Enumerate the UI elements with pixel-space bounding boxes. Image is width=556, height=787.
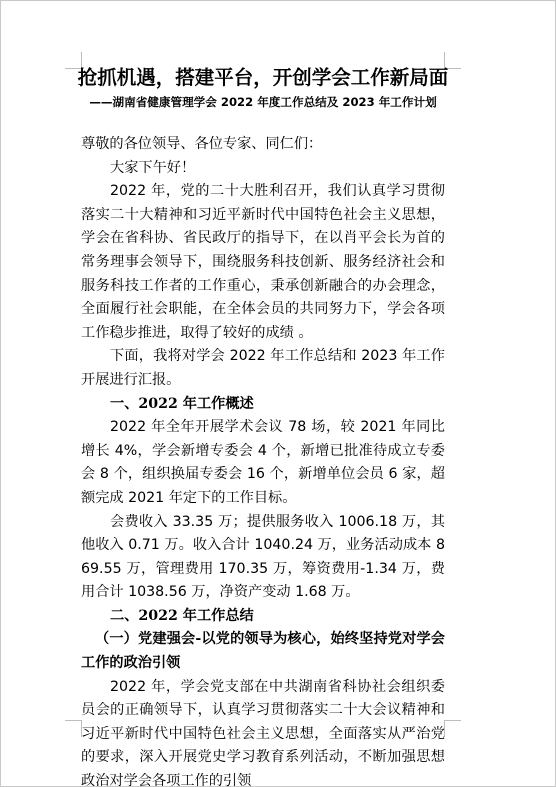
greeting: 大家下午好！	[81, 157, 445, 181]
paragraph-intro: 2022 年，党的二十大胜利召开，我们认真学习贯彻落实二十大精神和习近平新时代中…	[81, 180, 445, 345]
heading-section-1: 一、2022 年工作概述	[81, 393, 445, 417]
margin-corner-mark-bottom-left	[65, 720, 82, 737]
document-title: 抢抓机遇，搭建平台，开创学会工作新局面	[77, 63, 449, 93]
document-subtitle: ——湖南省健康管理学会 2022 年度工作总结及 2023 年工作计划	[75, 93, 451, 111]
salutation: 尊敬的各位领导、各位专家、同仁们：	[81, 133, 445, 157]
document-page: 抢抓机遇，搭建平台，开创学会工作新局面 ——湖南省健康管理学会 2022 年度工…	[0, 0, 556, 787]
heading-section-2: 二、2022 年工作总结	[81, 605, 445, 629]
paragraph-transition: 下面，我将对学会 2022 年工作总结和 2023 年工作开展进行汇报。	[81, 345, 445, 392]
document-body[interactable]: 抢抓机遇，搭建平台，开创学会工作新局面 ——湖南省健康管理学会 2022 年度工…	[81, 63, 445, 787]
heading-subsection-1: （一）党建强会-以党的领导为核心，始终坚持党对学会工作的政治引领	[81, 628, 445, 675]
paragraph-party: 2022 年，学会党支部在中共湖南省科协社会组织委员会的正确领导下，认真学习贯彻…	[81, 676, 445, 787]
paragraph-finance: 会费收入 33.35 万；提供服务收入 1006.18 万，其他收入 0.71 …	[81, 511, 445, 605]
paragraph-overview: 2022 年全年开展学术会议 78 场，较 2021 年同比增长 4%，学会新增…	[81, 416, 445, 510]
margin-corner-mark-bottom-right	[444, 720, 461, 737]
